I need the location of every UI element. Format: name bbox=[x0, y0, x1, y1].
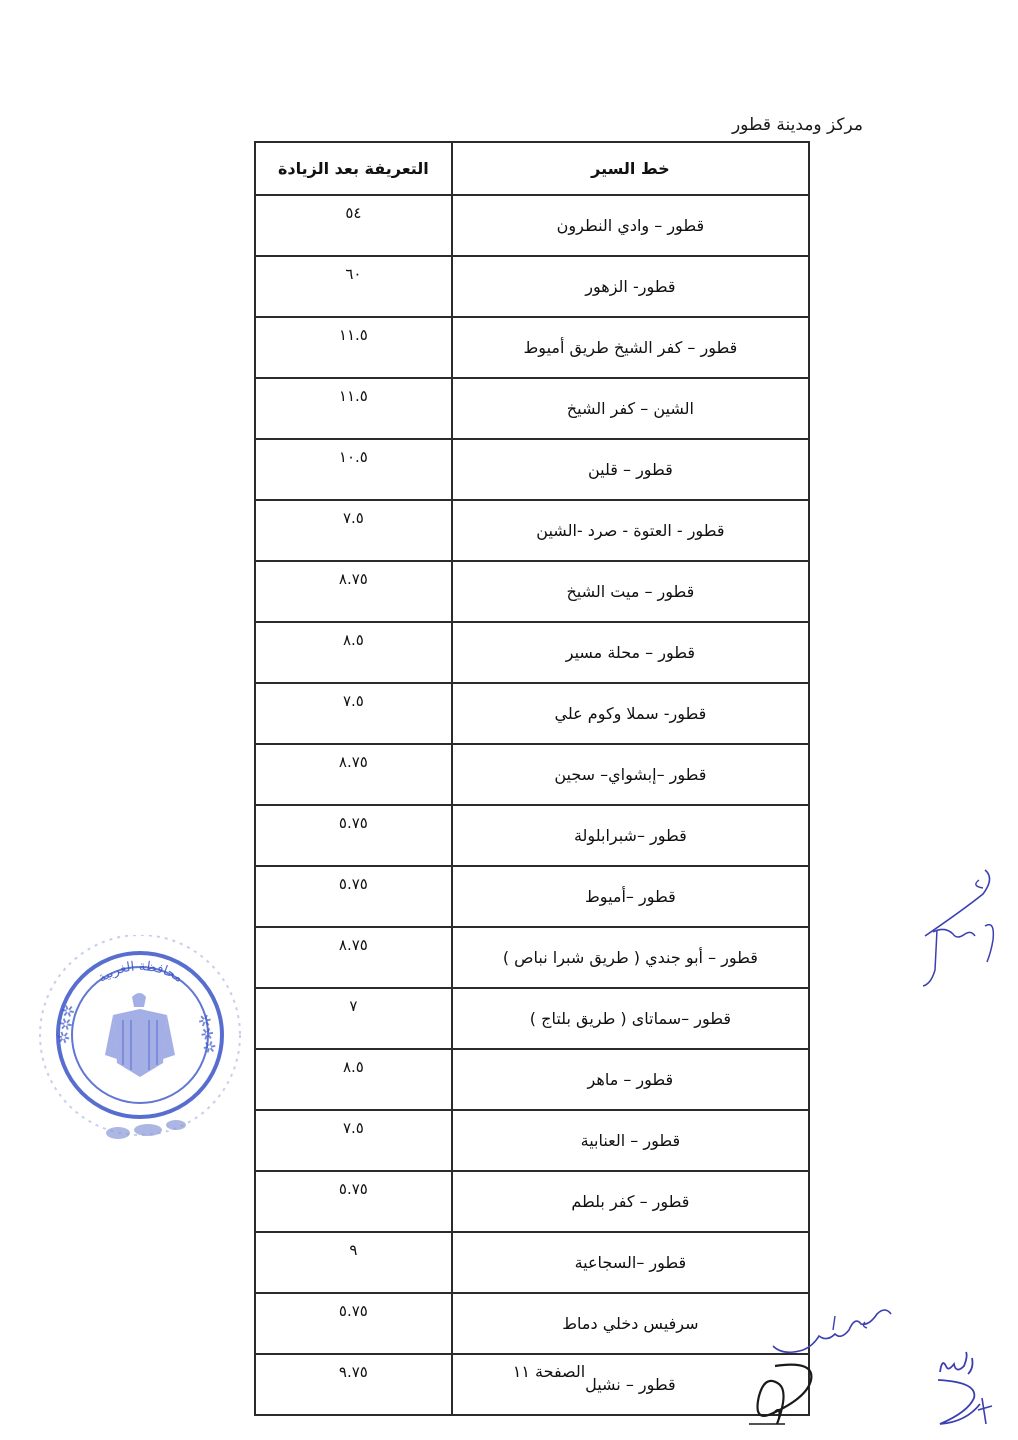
route-cell: قطور – كفر الشيخ طريق أميوط bbox=[452, 317, 809, 378]
route-cell: قطور – أبو جندي ( طريق شبرا نباص ) bbox=[452, 927, 809, 988]
column-header-fare: التعريفة بعد الزيادة bbox=[255, 142, 452, 195]
table-row: قطور- الزهور٦٠ bbox=[255, 256, 809, 317]
table-row: قطور – العنابية٧.٥ bbox=[255, 1110, 809, 1171]
route-cell: الشين – كفر الشيخ bbox=[452, 378, 809, 439]
fare-cell: ١١.٥ bbox=[255, 317, 452, 378]
route-cell: قطور – العنابية bbox=[452, 1110, 809, 1171]
table-row: قطور – كفر بلطم٥.٧٥ bbox=[255, 1171, 809, 1232]
fare-cell: ٦٠ bbox=[255, 256, 452, 317]
fare-cell: ٨.٧٥ bbox=[255, 744, 452, 805]
route-cell: قطور- سملا وكوم علي bbox=[452, 683, 809, 744]
route-cell: قطور –سماتاى ( طريق بلتاج ) bbox=[452, 988, 809, 1049]
fare-cell: ٥.٧٥ bbox=[255, 866, 452, 927]
route-cell: قطور - العتوة - صرد -الشين bbox=[452, 500, 809, 561]
page-number: الصفحة ١١ bbox=[0, 1362, 1018, 1381]
table-row: قطور –سماتاى ( طريق بلتاج )٧ bbox=[255, 988, 809, 1049]
table-row: الشين – كفر الشيخ١١.٥ bbox=[255, 378, 809, 439]
route-cell: قطور – وادي النطرون bbox=[452, 195, 809, 256]
fare-cell: ٥.٧٥ bbox=[255, 805, 452, 866]
route-cell: قطور – ميت الشيخ bbox=[452, 561, 809, 622]
table-header-row: خط السير التعريفة بعد الزيادة bbox=[255, 142, 809, 195]
fare-cell: ٧.٥ bbox=[255, 500, 452, 561]
table-row: قطور –أميوط٥.٧٥ bbox=[255, 866, 809, 927]
route-cell: قطور – محلة مسير bbox=[452, 622, 809, 683]
handwritten-signature-icon bbox=[915, 860, 1005, 1000]
table-row: قطور –شبرابلولة٥.٧٥ bbox=[255, 805, 809, 866]
table-row: قطور – محلة مسير٨.٥ bbox=[255, 622, 809, 683]
fare-cell: ٨.٧٥ bbox=[255, 927, 452, 988]
margin-signature bbox=[915, 860, 1005, 1000]
bottom-signature-name bbox=[765, 1308, 905, 1363]
column-header-route: خط السير bbox=[452, 142, 809, 195]
table-row: قطور – أبو جندي ( طريق شبرا نباص )٨.٧٥ bbox=[255, 927, 809, 988]
fare-cell: ٨.٥ bbox=[255, 622, 452, 683]
fare-cell: ٥.٧٥ bbox=[255, 1293, 452, 1354]
fare-cell: ٨.٧٥ bbox=[255, 561, 452, 622]
route-cell: قطور – ماهر bbox=[452, 1049, 809, 1110]
table-row: قطور – كفر الشيخ طريق أميوط١١.٥ bbox=[255, 317, 809, 378]
fare-cell: ٧.٥ bbox=[255, 1110, 452, 1171]
fare-cell: ١١.٥ bbox=[255, 378, 452, 439]
svg-text:✲✲✲: ✲✲✲ bbox=[194, 1012, 220, 1055]
route-cell: قطور – كفر بلطم bbox=[452, 1171, 809, 1232]
table-row: سرفيس دخلي دماط٥.٧٥ bbox=[255, 1293, 809, 1354]
svg-text:✲✲✲: ✲✲✲ bbox=[53, 1003, 79, 1046]
table-row: قطور –إبشواي– سجين٨.٧٥ bbox=[255, 744, 809, 805]
fare-cell: ١٠.٥ bbox=[255, 439, 452, 500]
route-cell: قطور –السجاعية bbox=[452, 1232, 809, 1293]
fare-cell: ٩ bbox=[255, 1232, 452, 1293]
table-row: قطور- سملا وكوم علي٧.٥ bbox=[255, 683, 809, 744]
table-row: قطور - العتوة - صرد -الشين٧.٥ bbox=[255, 500, 809, 561]
table-row: قطور – وادي النطرون٥٤ bbox=[255, 195, 809, 256]
official-stamp: محافظة الغربية ✲✲✲ ✲✲✲ bbox=[28, 935, 253, 1150]
svg-text:محافظة الغربية: محافظة الغربية bbox=[96, 959, 186, 986]
page-heading: مركز ومدينة قطور bbox=[732, 115, 863, 135]
table-row: قطور –السجاعية٩ bbox=[255, 1232, 809, 1293]
route-cell: قطور- الزهور bbox=[452, 256, 809, 317]
table-row: قطور – قلين١٠.٥ bbox=[255, 439, 809, 500]
fare-cell: ٨.٥ bbox=[255, 1049, 452, 1110]
route-cell: قطور –شبرابلولة bbox=[452, 805, 809, 866]
fare-cell: ٥٤ bbox=[255, 195, 452, 256]
route-cell: سرفيس دخلي دماط bbox=[452, 1293, 809, 1354]
fare-cell: ٧ bbox=[255, 988, 452, 1049]
fare-cell: ٥.٧٥ bbox=[255, 1171, 452, 1232]
table-row: قطور – ماهر٨.٥ bbox=[255, 1049, 809, 1110]
handwritten-name-icon bbox=[765, 1308, 905, 1363]
fare-cell: ٧.٥ bbox=[255, 683, 452, 744]
tariff-table: خط السير التعريفة بعد الزيادة قطور – واد… bbox=[254, 141, 810, 1416]
eagle-seal-icon: محافظة الغربية ✲✲✲ ✲✲✲ bbox=[28, 935, 253, 1150]
route-cell: قطور –أميوط bbox=[452, 866, 809, 927]
table-row: قطور – ميت الشيخ٨.٧٥ bbox=[255, 561, 809, 622]
route-cell: قطور – قلين bbox=[452, 439, 809, 500]
route-cell: قطور –إبشواي– سجين bbox=[452, 744, 809, 805]
